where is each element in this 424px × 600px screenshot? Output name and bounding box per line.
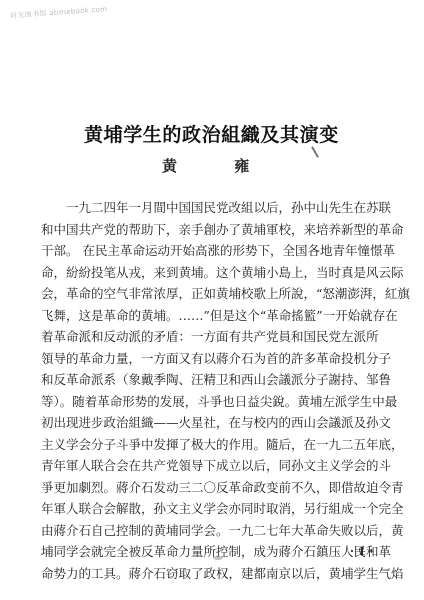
body-line: 初出现进步政治組織——火星社，在与校内的西山会議派及孙文 bbox=[41, 412, 375, 434]
body-line: 飞舞，这是革命的黄埔。……”但是这个“革命搖籃”一开始就存在 bbox=[41, 305, 375, 327]
body-line: 由蔣介石自己控制的黄埔同学会。一九二七年大革命失败以后，黄 bbox=[41, 520, 375, 542]
body-line: 和中国共产党的帮助下，亲手創办了黄埔軍校，来培养新型的革命 bbox=[41, 219, 375, 241]
body-line: 干部。 在民主革命运动开始高涨的形势下，全国各地青年憧憬革 bbox=[41, 240, 375, 262]
article-title: 黄埔学生的政治組織及其演变 bbox=[84, 120, 306, 147]
body-line: 青年軍人联合会在共产党領导下成立以后，同孙文主义学会的斗 bbox=[41, 455, 375, 477]
article-author: 黄 雍 bbox=[162, 155, 275, 176]
body-line: 等）。随着革命形势的发展，斗爭也日益尖銳。黄埔左派学生中最 bbox=[41, 391, 375, 413]
body-line: 年軍人联合会解散，孙文主义学会亦同时取消，另行組成一个完全 bbox=[41, 498, 375, 520]
body-line: 埔同学会就完全被反革命力量所控制，成为蔣介石鎮压人民和革 bbox=[41, 541, 375, 563]
body-line: 命，紛紛投笔从戎，来到黄埔。这个黄埔小島上，当时真是风云际 bbox=[41, 262, 375, 284]
scan-smudge bbox=[213, 556, 223, 560]
body-line: 和反革命派系（象戴季陶、汪精卫和西山会議派分子謝持、邹鲁 bbox=[41, 369, 375, 391]
article-body: 一九二四年一月間中国国民党改組以后，孙中山先生在苏联 和中国共产党的帮助下，亲手… bbox=[41, 197, 375, 584]
body-line: 領导的革命力量，一方面又有以蔣介石为首的許多革命投机分子 bbox=[41, 348, 375, 370]
scan-mark bbox=[311, 146, 319, 157]
body-line: 命势力的工具。蔣介石窃取了政权，建都南京以后，黄埔学生气焰 bbox=[41, 563, 375, 585]
body-line: 主义学会分子斗爭中发揮了极大的作用。隨后，在一九二五年底， bbox=[41, 434, 375, 456]
watermark: 时光图书馆 atimebook.com bbox=[10, 4, 108, 21]
body-line: 会，革命的空气非常浓厚，正如黄埔校歌上所說，“怒潮澎湃，紅旗 bbox=[41, 283, 375, 305]
body-line: 爭更加劇烈。蔣介石发动三二〇反革命政变前不久，即借故迫令青 bbox=[41, 477, 375, 499]
body-line: 着革命派和反动派的矛盾：一方面有共产党員和国民党左派所 bbox=[41, 326, 375, 348]
page-number: ·1· bbox=[350, 545, 377, 558]
body-line: 一九二四年一月間中国国民党改組以后，孙中山先生在苏联 bbox=[41, 197, 375, 219]
